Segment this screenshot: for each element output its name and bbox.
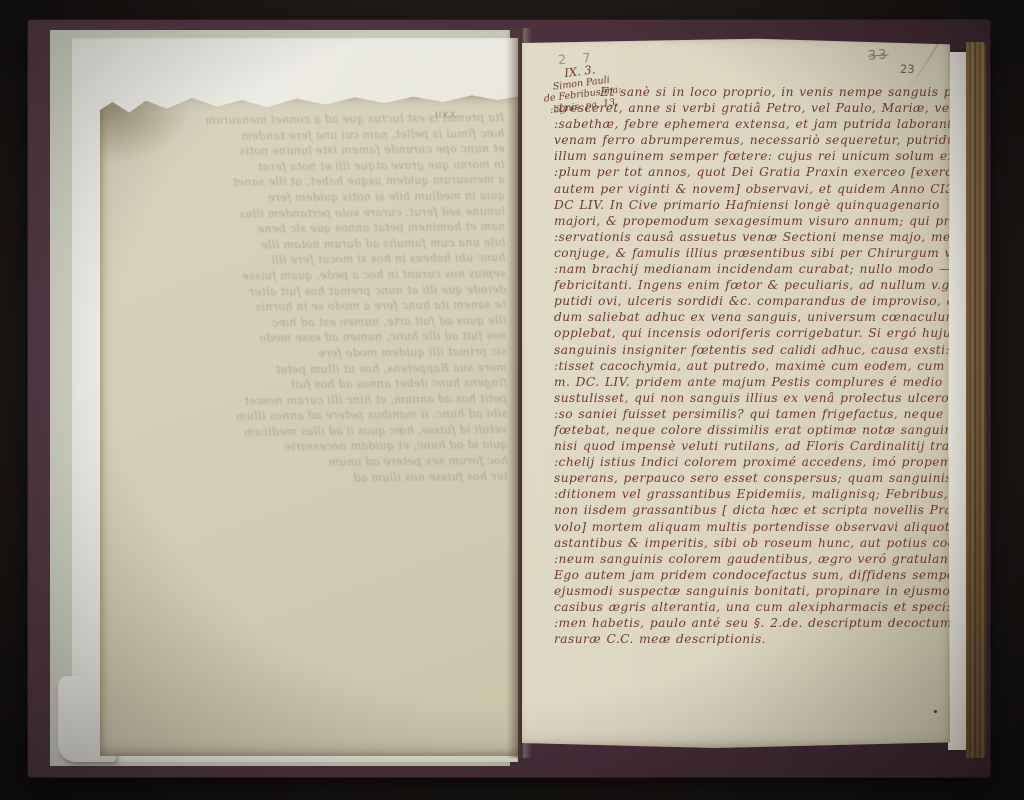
manuscript-line: dum saliebat adhuc ex vena sanguis, univ… bbox=[554, 309, 950, 325]
manuscript-line: autem per viginti & novem] observavi, et… bbox=[554, 181, 950, 197]
manuscript-line: Et sanè si in loco proprio, in venis nem… bbox=[554, 84, 950, 100]
manuscript-line: m. DC. LIV. pridem ante majum Pestis com… bbox=[554, 374, 950, 390]
showthrough-line: ter hos fuisse nos illum ad bbox=[112, 469, 508, 489]
manuscript-line: putidi ovi, ulceris sordidi &c. comparan… bbox=[554, 293, 950, 309]
manuscript-line: rasuræ C.C. meæ descriptionis. bbox=[554, 631, 950, 647]
manuscript-page-right: 2 7 IX. 3.Simon Paulide Febribus ma::lig… bbox=[522, 38, 950, 748]
manuscript-line: fœtebat, neque colore dissimilis erat op… bbox=[554, 422, 950, 438]
faint-mark: IIXX bbox=[435, 111, 457, 121]
manuscript-line: :so saniei fuisset persimilis? qui tamen… bbox=[554, 406, 950, 422]
interleaf-sheet-right bbox=[948, 52, 968, 750]
manuscript-line: ejusmodi suspectæ sanguinis bonitati, pr… bbox=[554, 583, 950, 599]
manuscript-line: :ditionem vel grassantibus Epidemiis, ma… bbox=[554, 486, 950, 502]
manuscript-line: illum sanguinem semper fœtere: cujus rei… bbox=[554, 148, 950, 164]
manuscript-line: non iisdem grassantibus [ dicta hæc et s… bbox=[554, 502, 950, 518]
manuscript-line: nisi quod impensè veluti rutilans, ad Fl… bbox=[554, 438, 950, 454]
manuscript-line: sustulisset, qui non sanguis illius ex v… bbox=[554, 390, 950, 406]
manuscript-photo: Ita premat is est luctus que ad a connet… bbox=[0, 0, 1024, 800]
manuscript-line: DC LIV. In Cive primario Hafniensi longè… bbox=[554, 197, 950, 213]
page-stack-edge bbox=[966, 42, 986, 758]
manuscript-line: :tisset cacochymia, aut putredo, maximè … bbox=[554, 358, 950, 374]
showthrough-text: Ita premat is est luctus que ad a connet… bbox=[108, 110, 508, 488]
manuscript-line: :nam brachij medianam incidendam curabat… bbox=[554, 261, 950, 277]
manuscript-line: :servationis causâ assuetus venæ Section… bbox=[554, 229, 950, 245]
manuscript-line: volo] mortem aliquam multis portendisse … bbox=[554, 519, 950, 535]
manuscript-line: sanguinis insigniter fœtentis sed calidi… bbox=[554, 342, 950, 358]
manuscript-line: :men habetis, paulo anté seu §. 2.de. de… bbox=[554, 615, 950, 631]
manuscript-line: febricitanti. Ingens enim fœtor & peculi… bbox=[554, 277, 950, 293]
manuscript-line: :tresceret, anne si verbi gratiâ Petro, … bbox=[554, 100, 950, 116]
manuscript-line: :plum per tot annos, quot Dei Gratia Pra… bbox=[554, 164, 950, 180]
manuscript-line: casibus ægris alterantia, una cum alexip… bbox=[554, 599, 950, 615]
manuscript-page-left: Ita premat is est luctus que ad a connet… bbox=[100, 94, 518, 756]
manuscript-line: majori, & propemodum sexagesimum visuro … bbox=[554, 213, 950, 229]
crossed-page-number: 33 bbox=[868, 47, 890, 63]
manuscript-line: astantibus & imperitis, sibi ob roseum h… bbox=[554, 535, 950, 551]
manuscript-line: venam ferro abrumperemus, necessariò seq… bbox=[554, 132, 950, 148]
manuscript-text: Et sanè si in loco proprio, in venis nem… bbox=[554, 84, 950, 647]
manuscript-line: conjuge, & famulis illius præsentibus si… bbox=[554, 245, 950, 261]
manuscript-line: Ego autem jam pridem condocefactus sum, … bbox=[554, 567, 950, 583]
ink-speck bbox=[934, 710, 937, 713]
manuscript-line: :chelij istius Indici colorem proximé ac… bbox=[554, 454, 950, 470]
manuscript-line: opplebat, qui incensis odoriferis corrig… bbox=[554, 325, 950, 341]
manuscript-line: superans, perpauco sero esset conspersus… bbox=[554, 470, 950, 486]
page-number: 23 bbox=[900, 62, 915, 76]
manuscript-line: :neum sanguinis colorem gaudentibus, ægr… bbox=[554, 551, 950, 567]
manuscript-line: :sabethæ, febre ephemera extensa, et jam… bbox=[554, 116, 950, 132]
